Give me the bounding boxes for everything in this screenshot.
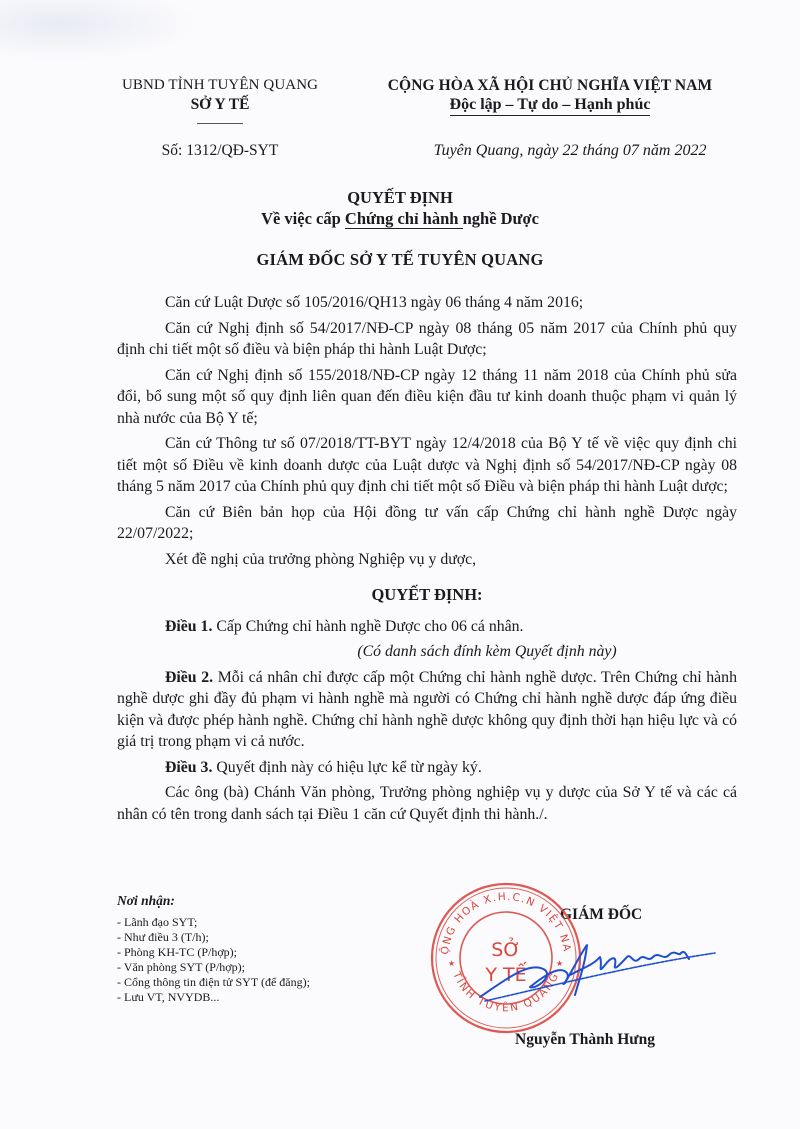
document-page: UBND TỈNH TUYÊN QUANG SỞ Y TẾ Số: 1312/Q…: [0, 0, 800, 1129]
issuing-department: SỞ Y TẾ: [105, 95, 335, 115]
article-label: Điều 2.: [165, 669, 213, 686]
issuing-organization: UBND TỈNH TUYÊN QUANG: [105, 76, 335, 95]
article-3: Điều 3. Quyết định này có hiệu lực kể từ…: [117, 757, 737, 779]
document-type-title: QUYẾT ĐỊNH: [100, 188, 700, 208]
national-header-block: CỘNG HÒA XÃ HỘI CHỦ NGHĨA VIỆT NAM Độc l…: [350, 76, 750, 116]
recipient-item: - Lãnh đạo SYT;: [117, 915, 417, 930]
article-1-note: (Có danh sách đính kèm Quyết định này): [237, 641, 737, 663]
recipients-label: Nơi nhận:: [117, 893, 417, 909]
recipient-item: - Văn phòng SYT (P/hợp);: [117, 960, 417, 975]
recipient-item: - Phòng KH-TC (P/hợp);: [117, 945, 417, 960]
subject-suffix: nghề Dược: [463, 209, 539, 228]
svg-text:★: ★: [448, 959, 455, 968]
document-subject: Về việc cấp Chứng chỉ hành nghề Dược: [100, 209, 700, 229]
preamble-clause: Căn cứ Thông tư số 07/2018/TT-BYT ngày 1…: [117, 433, 737, 498]
article-1: Điều 1. Cấp Chứng chỉ hành nghề Dược cho…: [117, 616, 737, 638]
handwritten-signature-icon: [475, 935, 720, 1005]
preamble-clause: Căn cứ Nghị định số 54/2017/NĐ-CP ngày 0…: [117, 318, 737, 361]
issuing-authority: GIÁM ĐỐC SỞ Y TẾ TUYÊN QUANG: [100, 250, 700, 270]
signer-name: Nguyễn Thành Hưng: [515, 1031, 715, 1049]
article-text: Cấp Chứng chỉ hành nghề Dược cho 06 cá n…: [212, 618, 523, 635]
place-and-date: Tuyên Quang, ngày 22 tháng 07 năm 2022: [380, 142, 760, 160]
document-body: Căn cứ Luật Dược số 105/2016/QH13 ngày 0…: [117, 292, 737, 829]
nation-name: CỘNG HÒA XÃ HỘI CHỦ NGHĨA VIỆT NAM: [350, 76, 750, 95]
recipients-block: Nơi nhận: - Lãnh đạo SYT; - Như điều 3 (…: [117, 893, 417, 1005]
recipient-item: - Lưu VT, NVYDB...: [117, 990, 417, 1005]
preamble-clause: Căn cứ Luật Dược số 105/2016/QH13 ngày 0…: [117, 292, 737, 314]
article-label: Điều 3.: [165, 759, 212, 776]
article-label: Điều 1.: [165, 618, 212, 635]
preamble-clause: Căn cứ Nghị định số 155/2018/NĐ-CP ngày …: [117, 365, 737, 430]
recipient-item: - Cổng thông tin điện tử SYT (để đăng);: [117, 975, 417, 990]
execution-clause: Các ông (bà) Chánh Văn phòng, Trưởng phò…: [117, 782, 737, 825]
subject-underlined: Chứng chỉ hành: [345, 209, 463, 229]
article-text: Quyết định này có hiệu lực kể từ ngày ký…: [212, 759, 481, 776]
recipient-item: - Như điều 3 (T/h);: [117, 930, 417, 945]
article-2: Điều 2. Mỗi cá nhân chỉ được cấp một Chứ…: [117, 667, 737, 753]
issuing-agency-block: UBND TỈNH TUYÊN QUANG SỞ Y TẾ: [105, 76, 335, 124]
decision-heading: QUYẾT ĐỊNH:: [117, 584, 737, 606]
department-underline: [197, 123, 243, 124]
scan-artifact: [0, 0, 200, 60]
subject-prefix: Về việc cấp: [261, 209, 345, 228]
document-number: Số: 1312/QĐ-SYT: [105, 142, 335, 160]
preamble-clause: Căn cứ Biên bản họp của Hội đồng tư vấn …: [117, 502, 737, 545]
recipients-list: - Lãnh đạo SYT; - Như điều 3 (T/h); - Ph…: [117, 915, 417, 1005]
preamble-clause: Xét đề nghị của trưởng phòng Nghiệp vụ y…: [117, 549, 737, 571]
national-motto: Độc lập – Tự do – Hạnh phúc: [450, 95, 651, 116]
